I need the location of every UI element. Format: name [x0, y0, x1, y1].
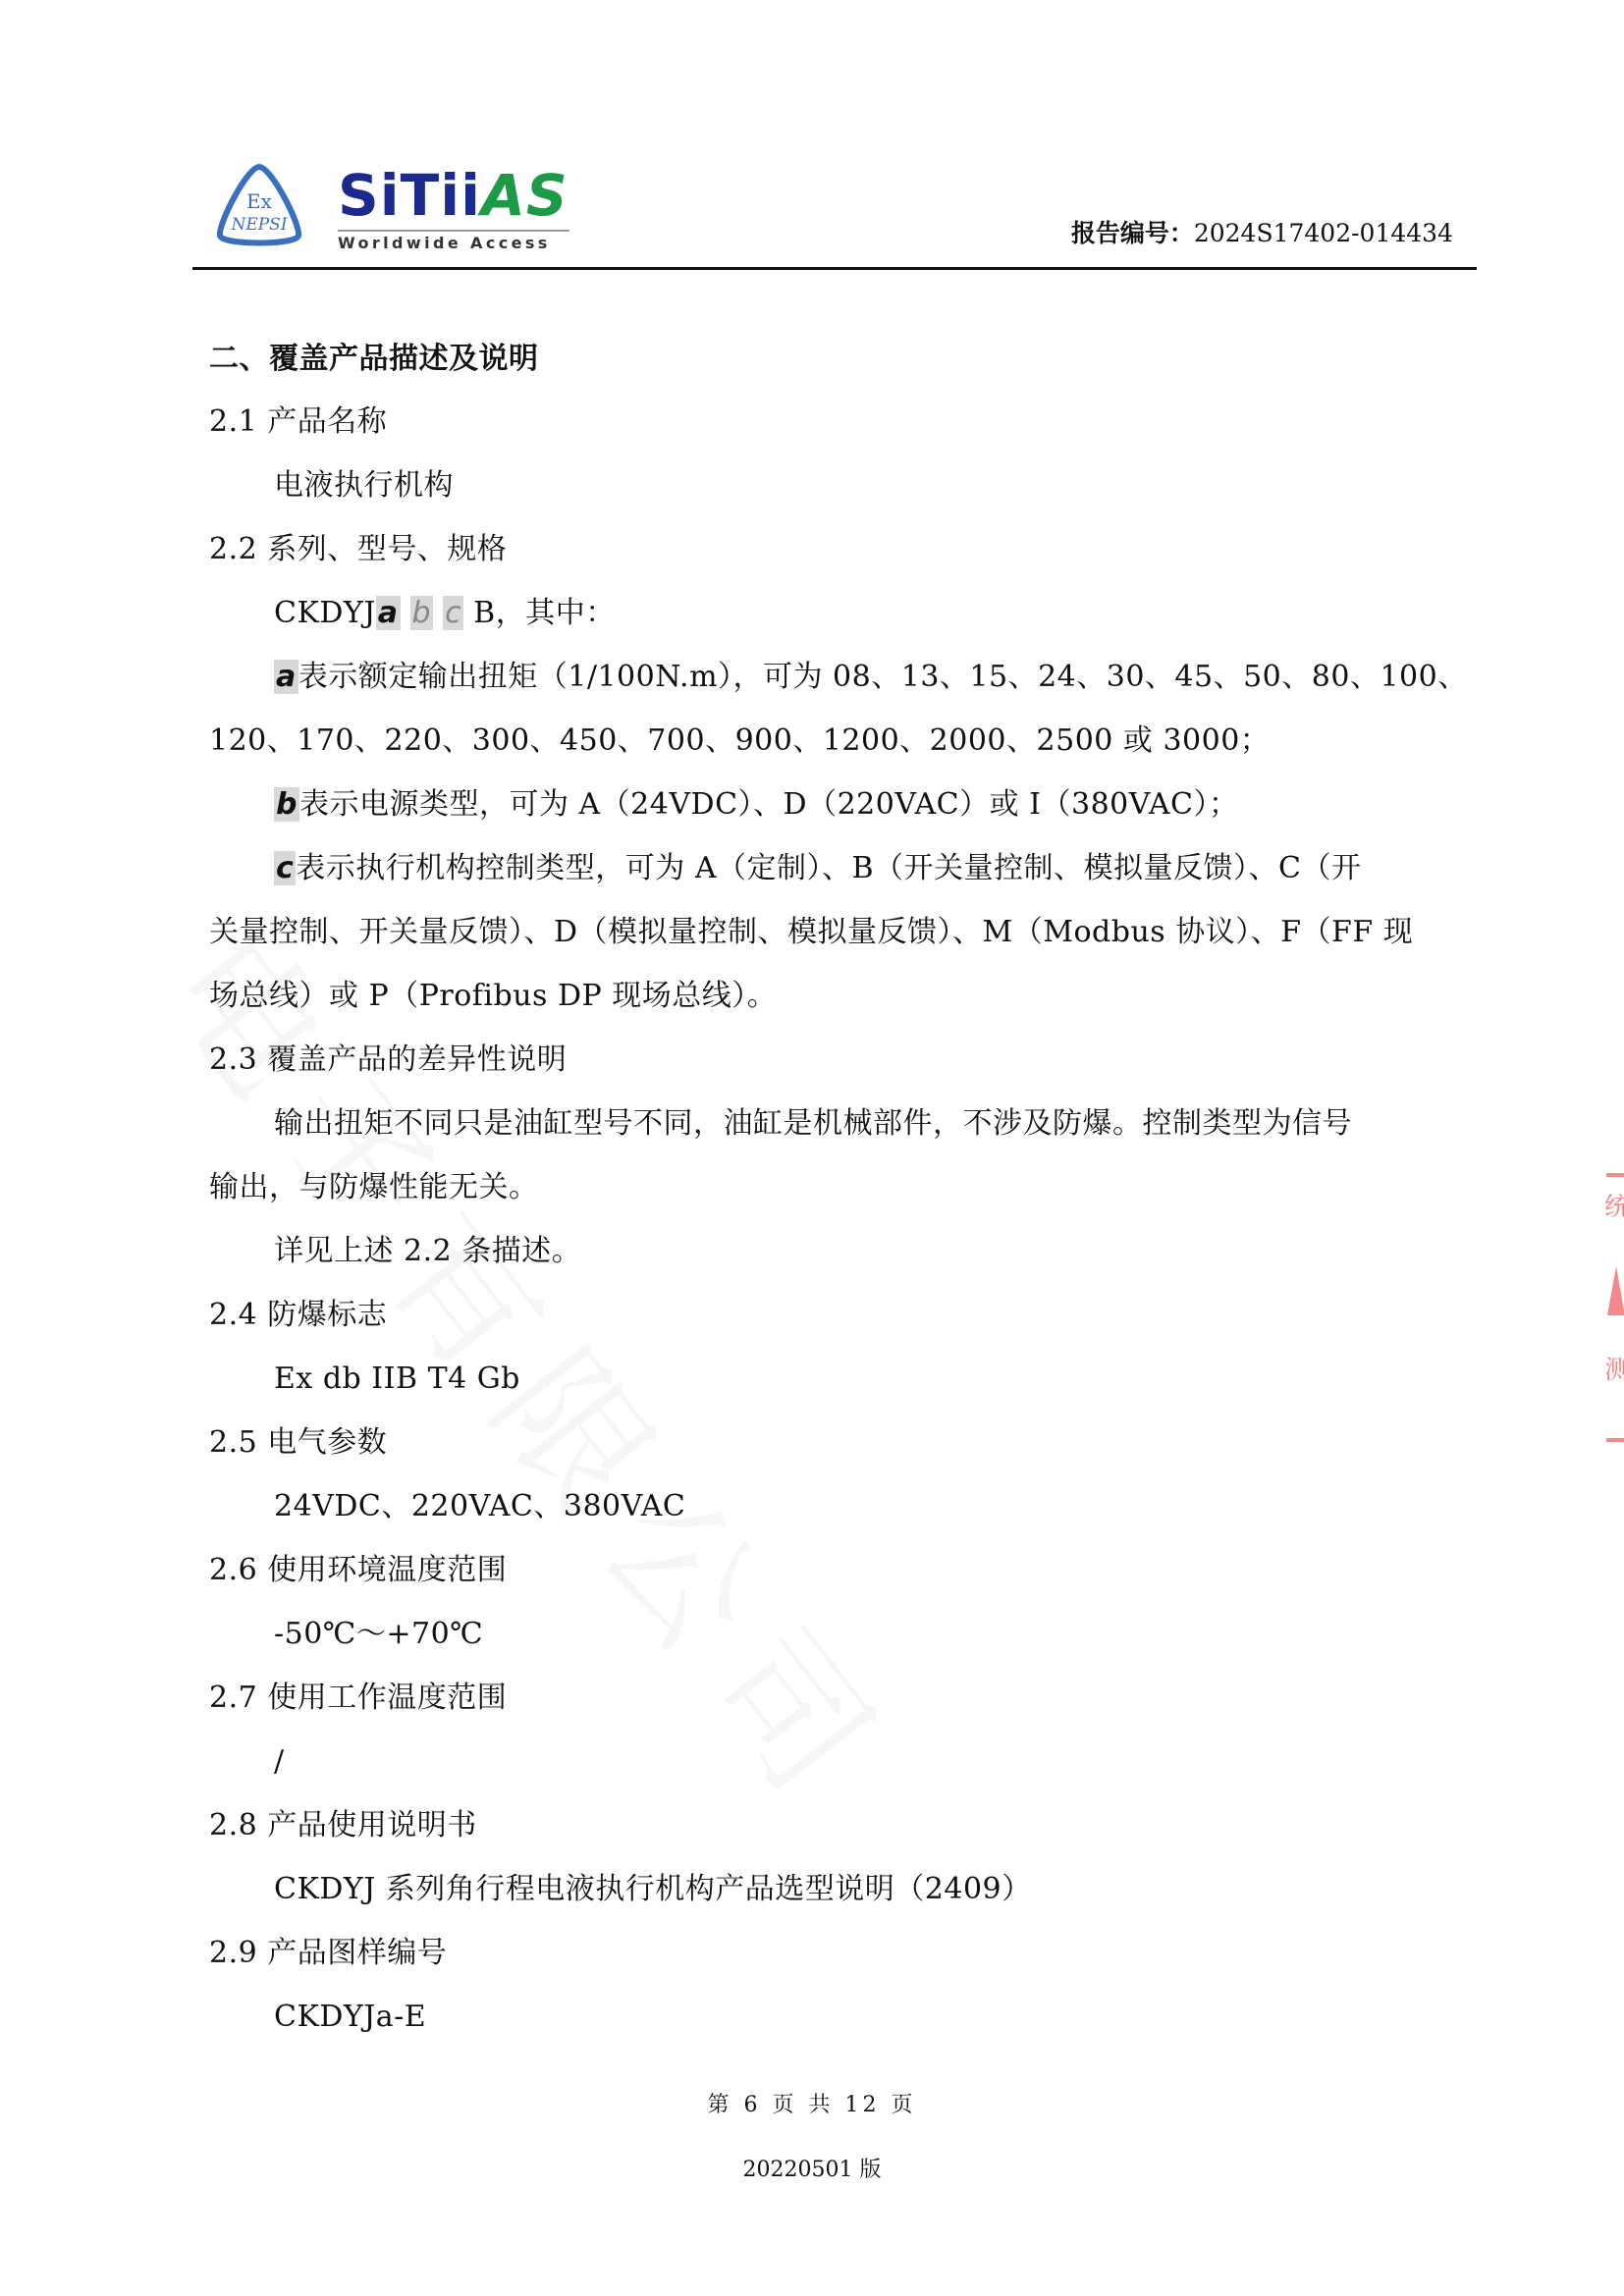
- param-c-line3: 场总线）或 P（Profibus DP 现场总线）。: [209, 977, 777, 1016]
- heading-2-4: 2.4 防爆标志: [209, 1296, 387, 1335]
- param-c-line1: c表示执行机构控制类型，可为 A（定制）、B（开关量控制、模拟量反馈）、C（开: [274, 849, 1362, 888]
- template-version: 20220501 版: [0, 2153, 1624, 2183]
- working-temp-range: /: [274, 1742, 285, 1782]
- heading-2-7: 2.7 使用工作温度范围: [209, 1679, 507, 1718]
- logo-divider: [338, 230, 569, 232]
- section-title: 二、覆盖产品描述及说明: [209, 340, 539, 379]
- report-number: 报告编号：2024S17402-014434: [1071, 214, 1453, 249]
- svg-text:NEPSI: NEPSI: [230, 215, 287, 235]
- model-code: CKDYJa b c B，其中：: [274, 594, 616, 633]
- sitiias-wordmark: SiTiiAS: [338, 165, 568, 226]
- sitiias-tagline: Worldwide Access: [338, 234, 551, 252]
- heading-2-6: 2.6 使用环境温度范围: [209, 1551, 507, 1590]
- heading-2-1: 2.1 产品名称: [209, 402, 387, 442]
- difference-see-above: 详见上述 2.2 条描述。: [274, 1232, 581, 1271]
- ex-marking: Ex db IIB T4 Gb: [274, 1360, 520, 1399]
- svg-text:Ex: Ex: [246, 189, 273, 213]
- drawing-number: CKDYJa-E: [274, 1998, 426, 2037]
- report-number-value: 2024S17402-014434: [1194, 219, 1453, 247]
- heading-2-2: 2.2 系列、型号、规格: [209, 530, 507, 569]
- page-header: Ex NEPSI SiTiiAS Worldwide Access 报告编号：2…: [192, 157, 1477, 270]
- difference-para-line1: 输出扭矩不同只是油缸型号不同，油缸是机械部件，不涉及防爆。控制类型为信号: [274, 1104, 1352, 1144]
- sitiias-logo: SiTiiAS Worldwide Access: [338, 165, 573, 253]
- param-a-line1: a表示额定输出扭矩（1/100N.m），可为 08、13、15、24、30、45…: [274, 658, 1468, 697]
- product-name: 电液执行机构: [274, 466, 454, 506]
- nepsi-logo-icon: Ex NEPSI: [212, 163, 306, 251]
- stamp-bar-bottom: [1606, 1438, 1624, 1442]
- page-counter: 第 6 页 共 12 页: [0, 2088, 1624, 2118]
- report-number-label: 报告编号：: [1071, 219, 1194, 247]
- heading-2-9: 2.9 产品图样编号: [209, 1934, 447, 1973]
- heading-2-5: 2.5 电气参数: [209, 1423, 387, 1463]
- stamp-bar-top: [1606, 1173, 1624, 1177]
- heading-2-8: 2.8 产品使用说明书: [209, 1806, 477, 1845]
- stamp-char-1: 统: [1604, 1187, 1624, 1223]
- manual-name: CKDYJ 系列角行程电液执行机构产品选型说明（2409）: [274, 1870, 1032, 1909]
- param-b: b表示电源类型，可为 A（24VDC）、D（220VAC）或 I（380VAC）…: [274, 785, 1239, 825]
- ambient-temp-range: -50℃～+70℃: [274, 1615, 483, 1654]
- param-a-line2: 120、170、220、300、450、700、900、1200、2000、25…: [209, 721, 1270, 761]
- heading-2-3: 2.3 覆盖产品的差异性说明: [209, 1041, 567, 1080]
- stamp-arrow-icon: [1607, 1266, 1624, 1315]
- difference-para-line2: 输出，与防爆性能无关。: [209, 1168, 539, 1207]
- seam-stamp: 统 测: [1604, 1173, 1624, 1448]
- electrical-params: 24VDC、220VAC、380VAC: [274, 1487, 685, 1526]
- stamp-char-2: 测: [1604, 1350, 1624, 1386]
- param-c-line2: 关量控制、开关量反馈）、D（模拟量控制、模拟量反馈）、M（Modbus 协议）、…: [209, 913, 1413, 952]
